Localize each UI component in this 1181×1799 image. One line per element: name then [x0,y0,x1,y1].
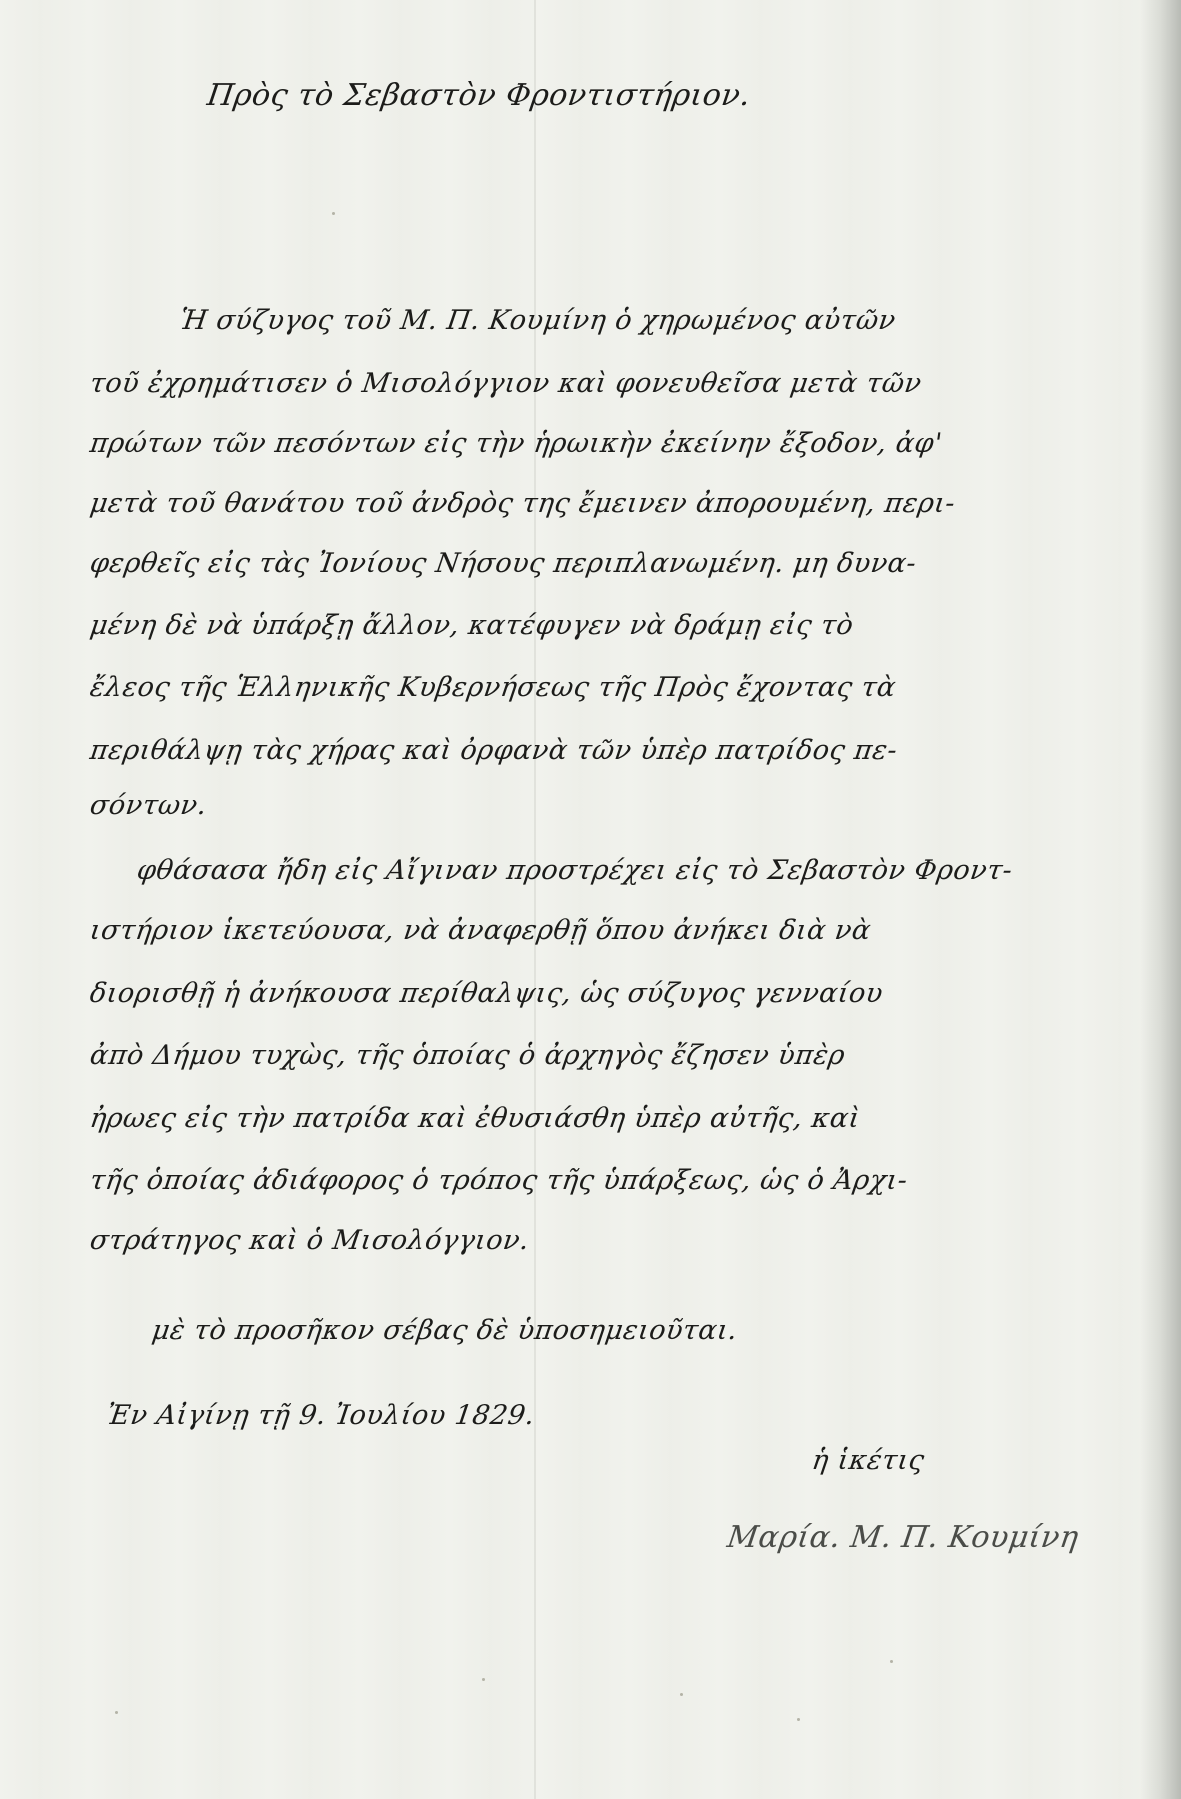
paper-speck [332,212,335,215]
signature-name: Μαρία. Μ. Π. Κουμίνη [725,1520,1081,1555]
body-line: ἠρωες εἰς τὴν πατρίδα καὶ ἐθυσιάσθη ὑπὲρ… [88,1103,862,1134]
body-line: στράτηγος καὶ ὁ Μισολόγγιον. [88,1225,531,1256]
body-line: Ἡ σύζυγος τοῦ Μ. Π. Κουμίνη ὁ χηρωμένος … [178,305,898,336]
body-line: τῆς ὁποίας ἀδιάφορος ὁ τρόπος τῆς ὑπάρξε… [88,1165,910,1196]
paper-speck [482,1678,485,1681]
paper-speck [680,1693,683,1696]
body-line: σόντων. [88,790,209,821]
paper-speck [115,1711,118,1714]
paper-speck [890,1660,893,1663]
paper-speck [797,1718,800,1721]
body-line: ἔλεος τῆς Ἑλληνικῆς Κυβερνήσεως τῆς Πρὸς… [88,672,898,703]
place-and-date: Ἐν Αἰγίνῃ τῇ 9. Ἰουλίου 1829. [105,1400,537,1431]
body-line: πρώτων τῶν πεσόντων εἰς τὴν ἡρωικὴν ἐκεί… [88,428,944,459]
signature-title: ἡ ἱκέτις [810,1445,927,1476]
body-line: μετὰ τοῦ θανάτου τοῦ ἀνδρὸς της ἔμεινεν … [88,488,957,519]
body-line: περιθάλψῃ τὰς χήρας καὶ ὀρφανὰ τῶν ὑπὲρ … [88,735,899,766]
body-line: φθάσασα ἤδη εἰς Αἴγιναν προστρέχει εἰς τ… [135,855,1015,886]
body-line: ἀπὸ Δήμου τυχὼς, τῆς ὁποίας ὁ ἀρχηγὸς ἔζ… [88,1040,847,1071]
body-line: διορισθῇ ἡ ἀνήκουσα περίθαλψις, ὡς σύζυγ… [88,978,885,1009]
manuscript-page: Πρὸς τὸ Σεβαστὸν Φροντιστήριον. Ἡ σύζυγο… [0,0,1181,1799]
letter-heading: Πρὸς τὸ Σεβαστὸν Φροντιστήριον. [205,78,753,113]
body-line: τοῦ ἐχρημάτισεν ὁ Μισολόγγιον καὶ φονευθ… [88,368,924,399]
body-line: φερθεῖς εἰς τὰς Ἰονίους Νήσους περιπλανω… [88,548,918,579]
body-line: ιστήριον ἱκετεύουσα, νὰ ἀναφερθῇ ὅπου ἀν… [88,915,873,946]
closing-formula: μὲ τὸ προσῆκον σέβας δὲ ὑποσημειοῦται. [150,1315,740,1346]
body-line: μένη δὲ νὰ ὑπάρξῃ ἄλλον, κατέφυγεν νὰ δρ… [88,610,855,641]
